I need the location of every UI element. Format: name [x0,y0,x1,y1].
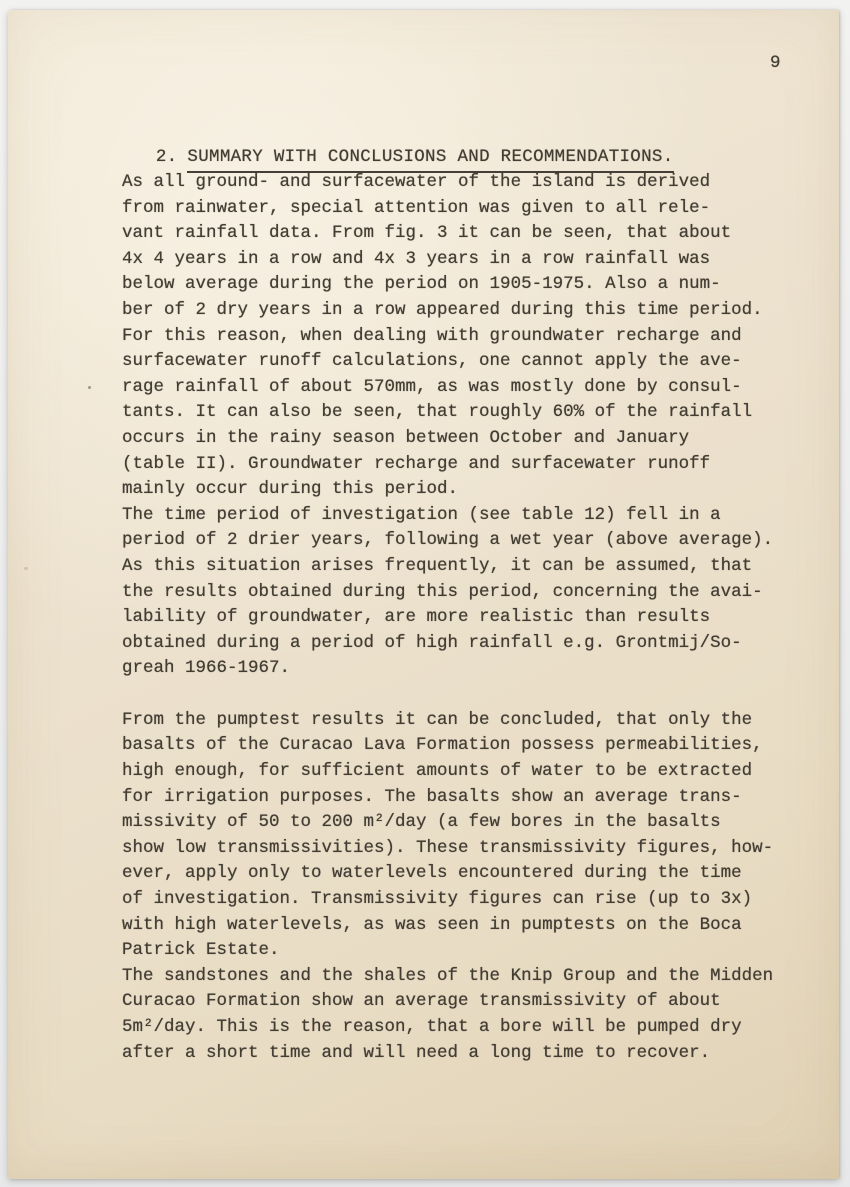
text-line: The sandstones and the shales of the Kni… [122,964,802,990]
text-line: occurs in the rainy season between Octob… [122,426,802,452]
text-line: ever, apply only to waterlevels encounte… [122,861,802,887]
text-line: mainly occur during this period. [122,477,802,503]
text-line: 5m²/day. This is the reason, that a bore… [122,1015,802,1041]
text-line: For this reason, when dealing with groun… [122,324,802,350]
text-line: Patrick Estate. [122,938,802,964]
text-line: the results obtained during this period,… [122,580,802,606]
text-line: high enough, for sufficient amounts of w… [122,759,802,785]
text-line: 4x 4 years in a row and 4x 3 years in a … [122,247,802,273]
text-line: As all ground- and surfacewater of the i… [122,170,802,196]
page-number: 9 [770,52,781,74]
text-line: with high waterlevels, as was seen in pu… [122,913,802,939]
text-line: missivity of 50 to 200 m²/day (a few bor… [122,810,802,836]
document-page: 9 2.SUMMARY WITH CONCLUSIONS AND RECOMME… [8,10,839,1179]
text-line: for irrigation purposes. The basalts sho… [122,785,802,811]
text-line: show low transmissivities). These transm… [122,836,802,862]
paper-blemish [24,567,28,570]
scan-background: 9 2.SUMMARY WITH CONCLUSIONS AND RECOMME… [0,0,850,1187]
text-line: (table II). Groundwater recharge and sur… [122,452,802,478]
text-line: obtained during a period of high rainfal… [122,631,802,657]
paragraph-pumptest: From the pumptest results it can be conc… [122,708,802,1066]
text-line: From the pumptest results it can be conc… [122,708,802,734]
text-line: rage rainfall of about 570mm, as was mos… [122,375,802,401]
text-line: As this situation arises frequently, it … [122,554,802,580]
text-line: surfacewater runoff calculations, one ca… [122,349,802,375]
document-body: As all ground- and surfacewater of the i… [122,170,802,1066]
text-line: of investigation. Transmissivity figures… [122,887,802,913]
text-line: greah 1966-1967. [122,656,802,682]
text-line: from rainwater, special attention was gi… [122,196,802,222]
section-number: 2. [156,146,178,168]
text-line: basalts of the Curacao Lava Formation po… [122,733,802,759]
text-line: Curacao Formation show an average transm… [122,989,802,1015]
text-line: below average during the period on 1905-… [122,272,802,298]
section-title: SUMMARY WITH CONCLUSIONS AND RECOMMENDAT… [187,146,673,173]
text-line: after a short time and will need a long … [122,1041,802,1067]
text-line: The time period of investigation (see ta… [122,503,802,529]
paragraph-rainfall: As all ground- and surfacewater of the i… [122,170,802,682]
text-line: vant rainfall data. From fig. 3 it can b… [122,221,802,247]
text-line: ber of 2 dry years in a row appeared dur… [122,298,802,324]
ink-speck [88,386,91,389]
text-line: period of 2 drier years, following a wet… [122,528,802,554]
text-line: lability of groundwater, are more realis… [122,605,802,631]
text-line: tants. It can also be seen, that roughly… [122,400,802,426]
